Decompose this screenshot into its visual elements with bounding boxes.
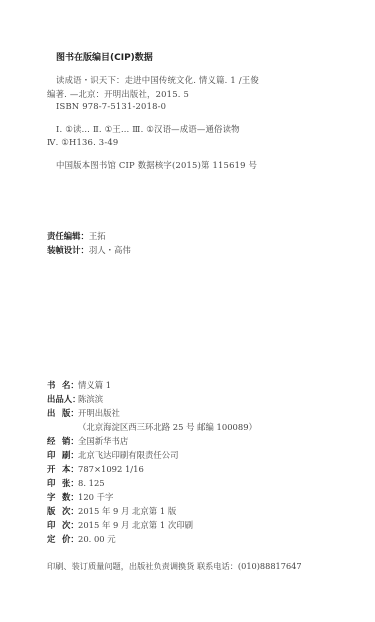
colophon-label-char: 书 [47, 379, 62, 391]
colophon-value: 情义篇 1 [78, 379, 111, 391]
colophon-row: 出版：开明出版社 [47, 407, 120, 421]
colophon-label-char: 版 [62, 407, 70, 419]
colophon-label-char: 销 [62, 435, 70, 447]
colophon-label-text: 出品人 [47, 393, 72, 405]
cip-heading: 图书在版编目(CIP)数据 [56, 50, 153, 63]
colophon-label-char: 次 [62, 519, 70, 531]
colophon-label: 字数： [47, 491, 78, 503]
colophon-label: 出版： [47, 407, 78, 419]
colophon-label-char: 数 [62, 491, 70, 503]
colophon-value: 20. 00 元 [78, 533, 116, 545]
colophon-value: （北京海淀区西三环北路 25 号 邮编 100089） [78, 421, 257, 433]
quality-contact-note: 印刷、装订质量问题，出版社负责调换货 联系电话：(010)88817647 [47, 561, 302, 572]
cip-class-line-2: Ⅳ. ①H136. 3-49 [47, 137, 118, 147]
cip-record-line-1: 读成语・识天下：走进中国传统文化. 情义篇. 1 /王俊 [56, 74, 259, 86]
colophon-label-char: 版 [47, 505, 62, 517]
cip-number: 中国版本图书馆 CIP 数据核字(2015)第 115619 号 [56, 159, 257, 171]
colophon-value: 开明出版社 [78, 407, 120, 419]
colophon-row: 出品人：陈滨滨 [47, 393, 103, 407]
colophon-value: 787×1092 1/16 [78, 464, 144, 474]
cip-isbn: ISBN 978-7-5131-2018-0 [56, 101, 166, 111]
colophon-label-char: 印 [47, 519, 62, 531]
colophon-label-char: 开 [47, 463, 62, 475]
colophon-label: 定价： [47, 533, 78, 545]
designer-label: 装帧设计： [47, 245, 89, 255]
colophon-label: 开本： [47, 463, 78, 475]
colophon-value: 全国新华书店 [78, 435, 128, 447]
colophon-label-char: 经 [47, 435, 62, 447]
colophon-label: 印张： [47, 477, 78, 489]
colophon-value: 2015 年 9 月 北京第 1 版 [78, 505, 176, 517]
colophon-row: 印张：8. 125 [47, 477, 105, 491]
colophon-row: 印次：2015 年 9 月 北京第 1 次印刷 [47, 519, 193, 533]
colophon-value: 120 千字 [78, 491, 113, 503]
colophon-label-char: 本 [62, 463, 70, 475]
colophon-row: 书名：情义篇 1 [47, 379, 111, 393]
colophon-label-char: 印 [47, 477, 62, 489]
colophon-row: 字数：120 千字 [47, 491, 113, 505]
colophon-label: 印刷： [47, 449, 78, 461]
colophon-label: 印次： [47, 519, 78, 531]
colophon-row: 开本：787×1092 1/16 [47, 463, 144, 477]
colophon-label-char: 出 [47, 407, 62, 419]
colophon-label-char: 名 [62, 379, 70, 391]
colophon-label-char: 张 [62, 477, 70, 489]
cip-class-line-1: Ⅰ. ①读… Ⅱ. ①王… Ⅲ. ①汉语—成语—通俗读物 [56, 123, 240, 135]
editor-value: 王拓 [89, 231, 106, 241]
colophon-label: 版次： [47, 505, 78, 517]
colophon-label: 经销： [47, 435, 78, 447]
cip-record-line-2: 编著. —北京：开明出版社，2015. 5 [47, 88, 189, 100]
editor-row: 责任编辑：王拓 [47, 230, 106, 242]
colophon-label: 出品人： [47, 393, 78, 405]
colophon-row: 经销：全国新华书店 [47, 435, 128, 449]
colophon-value: 北京飞达印刷有限责任公司 [78, 449, 179, 461]
colophon-row: 定价：20. 00 元 [47, 533, 116, 547]
editor-label: 责任编辑： [47, 231, 89, 241]
colophon-row: （北京海淀区西三环北路 25 号 邮编 100089） [47, 421, 257, 435]
colophon-value: 8. 125 [78, 478, 105, 488]
designer-row: 装帧设计：羽人・高伟 [47, 244, 131, 256]
colophon-row: 版次：2015 年 9 月 北京第 1 版 [47, 505, 176, 519]
colophon-label-char: 价 [62, 533, 70, 545]
colophon-label-char: 刷 [62, 449, 70, 461]
colophon-row: 印刷：北京飞达印刷有限责任公司 [47, 449, 179, 463]
designer-value: 羽人・高伟 [89, 245, 131, 255]
colophon-label-char: 字 [47, 491, 62, 503]
colophon-value: 2015 年 9 月 北京第 1 次印刷 [78, 519, 193, 531]
colophon-label: 书名： [47, 379, 78, 391]
colophon-label-char: 次 [62, 505, 70, 517]
colophon-label-char: 定 [47, 533, 62, 545]
colophon-label-char: 印 [47, 449, 62, 461]
colophon-value: 陈滨滨 [78, 393, 103, 405]
